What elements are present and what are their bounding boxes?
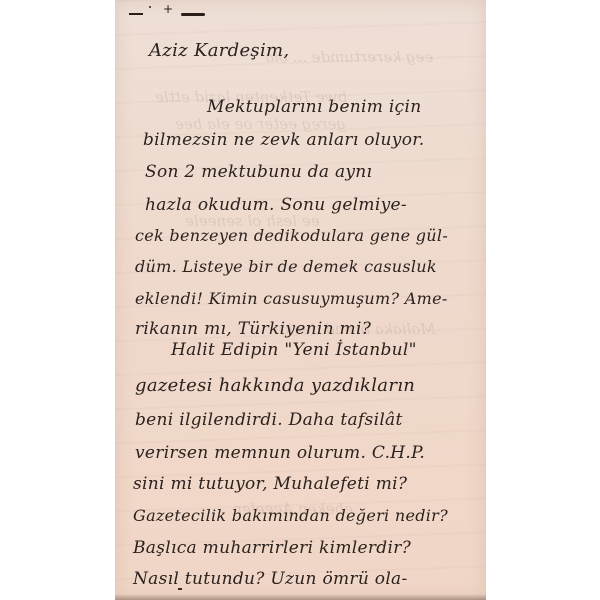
letter-line: Nasıl tutundu? Uzun ömrü ola-	[133, 569, 408, 589]
letter-line: cek benzeyen dedikodulara gene gül-	[135, 226, 448, 245]
letter-line: rikanın mı, Türkiyenin mi?	[135, 319, 371, 339]
letter-line: beni ilgilendirdi. Daha tafsilât	[135, 410, 403, 430]
letter-line: düm. Listeye bir de demek casusluk	[135, 257, 437, 276]
letter-line: hazla okudum. Sonu gelmiye-	[145, 195, 407, 215]
pen-dash-mark	[129, 13, 143, 15]
ink-mark	[178, 588, 182, 590]
letter-line: Başlıca muharrirleri kimlerdir?	[133, 538, 411, 558]
letter-line: Son 2 mektubunu da aynı	[145, 162, 372, 182]
letter-line: Halit Edipin "Yeni İstanbul"	[171, 340, 417, 360]
letter-salutation: Aziz Kardeşim,	[149, 40, 289, 61]
cross-mark-icon: +	[163, 2, 173, 16]
letter-line: eklendi! Kimin casusuymuşum? Ame-	[135, 289, 448, 308]
bleed-through-text: eeg kerertumde ... ola	[265, 48, 433, 66]
letter-line: verirsen memnun olurum. C.H.P.	[135, 443, 425, 463]
letter-line: sini mi tutuyor, Muhalefeti mi?	[133, 474, 407, 494]
top-pen-marks: +	[129, 4, 209, 18]
pen-dot-mark	[149, 6, 151, 8]
pen-dash-mark	[181, 13, 205, 16]
letter-line: bilmezsin ne zevk anları oluyor.	[143, 130, 425, 150]
letter-line: Mektuplarını benim için	[207, 97, 421, 117]
letter-page: + eeg kerertumde ... ola bwe Tetkenten l…	[115, 0, 486, 600]
letter-line: gazetesi hakkında yazdıkların	[135, 375, 415, 396]
letter-line: Gazetecilik bakımından değeri nedir?	[133, 506, 448, 525]
